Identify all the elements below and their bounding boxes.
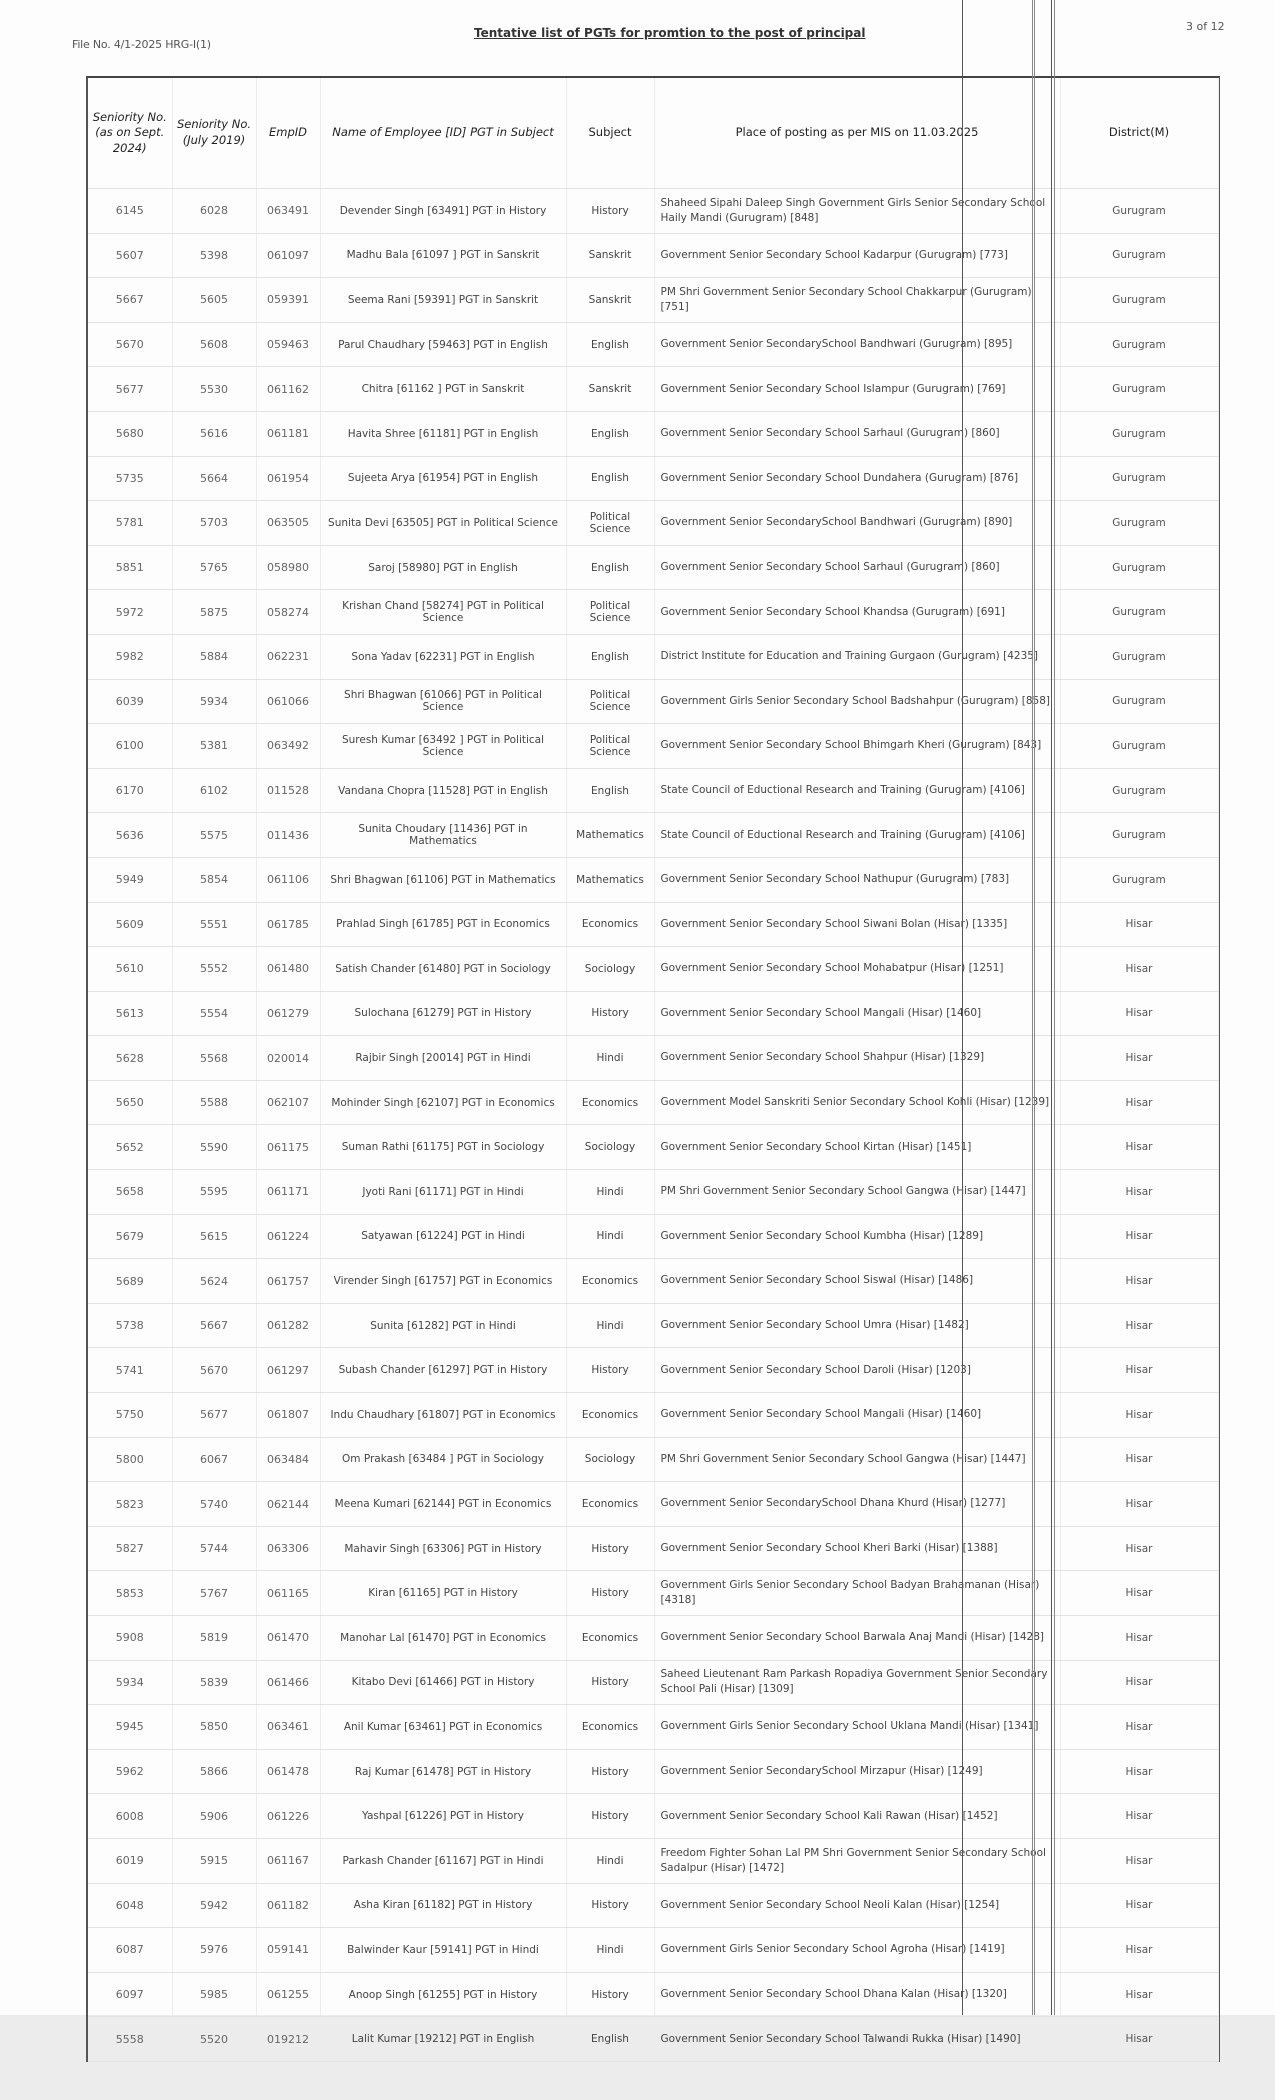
cell-subject: English [566, 411, 654, 456]
cell-employee-name: Virender Singh [61757] PGT in Economics [320, 1259, 566, 1304]
cell-subject: English [566, 545, 654, 590]
cell-employee-name: Kitabo Devi [61466] PGT in History [320, 1660, 566, 1705]
cell-district: Hisar [1060, 1348, 1218, 1393]
cell-seniority-2024: 5680 [88, 411, 172, 456]
cell-employee-name: Devender Singh [63491] PGT in History [320, 189, 566, 234]
cell-seniority-2024: 5945 [88, 1705, 172, 1750]
cell-empid: 061785 [256, 902, 320, 947]
table-row: 59345839061466Kitabo Devi [61466] PGT in… [88, 1660, 1218, 1705]
table-row: 57385667061282Sunita [61282] PGT in Hind… [88, 1303, 1218, 1348]
table-row: 56135554061279Sulochana [61279] PGT in H… [88, 991, 1218, 1036]
cell-empid: 061097 [256, 233, 320, 278]
cell-place-of-posting: Government Girls Senior Secondary School… [654, 1705, 1060, 1750]
cell-seniority-2024: 6019 [88, 1838, 172, 1883]
cell-subject: Economics [566, 1705, 654, 1750]
cell-empid: 063484 [256, 1437, 320, 1482]
cell-seniority-2019: 5530 [172, 367, 256, 412]
cell-employee-name: Kiran [61165] PGT in History [320, 1571, 566, 1616]
cell-seniority-2024: 5650 [88, 1080, 172, 1125]
cell-district: Gurugram [1060, 367, 1218, 412]
cell-subject: History [566, 1526, 654, 1571]
scan-artifact-line [1051, 0, 1052, 2015]
cell-subject: Sociology [566, 947, 654, 992]
table-row: 56285568020014Rajbir Singh [20014] PGT i… [88, 1036, 1218, 1081]
cell-subject: Sociology [566, 1437, 654, 1482]
cell-seniority-2019: 5703 [172, 501, 256, 546]
cell-seniority-2024: 6039 [88, 679, 172, 724]
cell-place-of-posting: Government Girls Senior Secondary School… [654, 679, 1060, 724]
cell-subject: History [566, 1348, 654, 1393]
col-header-seniority-2019: Seniority No. (July 2019) [172, 78, 256, 189]
cell-place-of-posting: Freedom Fighter Sohan Lal PM Shri Govern… [654, 1838, 1060, 1883]
cell-empid: 061171 [256, 1170, 320, 1215]
cell-seniority-2024: 5934 [88, 1660, 172, 1705]
cell-place-of-posting: Shaheed Sipahi Daleep Singh Government G… [654, 189, 1060, 234]
cell-seniority-2024: 5689 [88, 1259, 172, 1304]
cell-employee-name: Om Prakash [63484 ] PGT in Sociology [320, 1437, 566, 1482]
cell-district: Hisar [1060, 1616, 1218, 1661]
cell-place-of-posting: Government Senior Secondary School Bhimg… [654, 724, 1060, 769]
cell-place-of-posting: Government Senior Secondary School Shahp… [654, 1036, 1060, 1081]
cell-seniority-2024: 6048 [88, 1883, 172, 1928]
cell-subject: Economics [566, 1259, 654, 1304]
cell-subject: Economics [566, 1616, 654, 1661]
cell-subject: History [566, 1883, 654, 1928]
cell-empid: 061282 [256, 1303, 320, 1348]
col-header-place-of-posting: Place of posting as per MIS on 11.03.202… [654, 78, 1060, 189]
cell-place-of-posting: State Council of Eductional Research and… [654, 813, 1060, 858]
cell-employee-name: Balwinder Kaur [59141] PGT in Hindi [320, 1928, 566, 1973]
cell-seniority-2019: 5884 [172, 634, 256, 679]
cell-seniority-2019: 6028 [172, 189, 256, 234]
table-row: 61706102011528Vandana Chopra [11528] PGT… [88, 768, 1218, 813]
cell-empid: 061167 [256, 1838, 320, 1883]
cell-seniority-2024: 5781 [88, 501, 172, 546]
cell-seniority-2019: 5551 [172, 902, 256, 947]
cell-empid: 019212 [256, 2017, 320, 2062]
cell-subject: History [566, 1794, 654, 1839]
cell-employee-name: Satish Chander [61480] PGT in Sociology [320, 947, 566, 992]
cell-seniority-2024: 5679 [88, 1214, 172, 1259]
cell-subject: Mathematics [566, 813, 654, 858]
table-row: 56775530061162Chitra [61162 ] PGT in San… [88, 367, 1218, 412]
cell-empid: 059391 [256, 278, 320, 323]
cell-seniority-2019: 5588 [172, 1080, 256, 1125]
col-header-name: Name of Employee [ID] PGT in Subject [320, 78, 566, 189]
cell-seniority-2024: 5741 [88, 1348, 172, 1393]
cell-seniority-2019: 5624 [172, 1259, 256, 1304]
cell-seniority-2024: 5738 [88, 1303, 172, 1348]
cell-employee-name: Krishan Chand [58274] PGT in Political S… [320, 590, 566, 635]
cell-seniority-2024: 5628 [88, 1036, 172, 1081]
document-title: Tentative list of PGTs for promtion to t… [474, 26, 865, 40]
cell-employee-name: Lalit Kumar [19212] PGT in English [320, 2017, 566, 2062]
cell-empid: 061175 [256, 1125, 320, 1170]
cell-empid: 011528 [256, 768, 320, 813]
cell-employee-name: Vandana Chopra [11528] PGT in English [320, 768, 566, 813]
cell-district: Hisar [1060, 1972, 1218, 2017]
cell-subject: Economics [566, 902, 654, 947]
cell-seniority-2019: 5985 [172, 1972, 256, 2017]
table-row: 56505588062107Mohinder Singh [62107] PGT… [88, 1080, 1218, 1125]
cell-district: Hisar [1060, 1303, 1218, 1348]
cell-subject: Hindi [566, 1170, 654, 1215]
cell-employee-name: Sunita Devi [63505] PGT in Political Sci… [320, 501, 566, 546]
cell-subject: Economics [566, 1482, 654, 1527]
cell-seniority-2019: 5906 [172, 1794, 256, 1839]
cell-empid: 061066 [256, 679, 320, 724]
cell-seniority-2019: 5866 [172, 1749, 256, 1794]
cell-seniority-2019: 5740 [172, 1482, 256, 1527]
cell-seniority-2019: 5765 [172, 545, 256, 590]
cell-employee-name: Sulochana [61279] PGT in History [320, 991, 566, 1036]
cell-place-of-posting: Government Senior Secondary School Neoli… [654, 1883, 1060, 1928]
cell-place-of-posting: Government Senior SecondarySchool Mirzap… [654, 1749, 1060, 1794]
table-row: 56795615061224Satyawan [61224] PGT in Hi… [88, 1214, 1218, 1259]
promotion-table: Seniority No. (as on Sept. 2024) Seniori… [88, 78, 1219, 2062]
page-number: 3 of 12 [1186, 20, 1225, 33]
cell-district: Hisar [1060, 991, 1218, 1036]
cell-seniority-2024: 5851 [88, 545, 172, 590]
table-row: 60975985061255Anoop Singh [61255] PGT in… [88, 1972, 1218, 2017]
cell-seniority-2019: 5615 [172, 1214, 256, 1259]
cell-subject: English [566, 456, 654, 501]
cell-district: Hisar [1060, 947, 1218, 992]
cell-employee-name: Yashpal [61226] PGT in History [320, 1794, 566, 1839]
file-number: File No. 4/1-2025 HRG-I(1) [72, 38, 211, 51]
cell-empid: 020014 [256, 1036, 320, 1081]
table-row: 56525590061175Suman Rathi [61175] PGT in… [88, 1125, 1218, 1170]
table-body: 61456028063491Devender Singh [63491] PGT… [88, 189, 1218, 2062]
cell-empid: 063491 [256, 189, 320, 234]
cell-seniority-2019: 5667 [172, 1303, 256, 1348]
cell-district: Gurugram [1060, 189, 1218, 234]
table-row: 61005381063492Suresh Kumar [63492 ] PGT … [88, 724, 1218, 769]
cell-place-of-posting: Government Model Sanskriti Senior Second… [654, 1080, 1060, 1125]
cell-district: Gurugram [1060, 501, 1218, 546]
promotion-table-container: Seniority No. (as on Sept. 2024) Seniori… [86, 76, 1220, 2062]
table-row: 58515765058980Saroj [58980] PGT in Engli… [88, 545, 1218, 590]
cell-district: Hisar [1060, 2017, 1218, 2062]
table-row: 59085819061470Manohar Lal [61470] PGT in… [88, 1616, 1218, 1661]
cell-empid: 061807 [256, 1393, 320, 1438]
cell-seniority-2019: 5554 [172, 991, 256, 1036]
cell-district: Hisar [1060, 1928, 1218, 1973]
table-row: 60195915061167Parkash Chander [61167] PG… [88, 1838, 1218, 1883]
cell-employee-name: Suresh Kumar [63492 ] PGT in Political S… [320, 724, 566, 769]
cell-place-of-posting: PM Shri Government Senior Secondary Scho… [654, 278, 1060, 323]
cell-employee-name: Shri Bhagwan [61106] PGT in Mathematics [320, 857, 566, 902]
table-row: 60085906061226Yashpal [61226] PGT in His… [88, 1794, 1218, 1839]
cell-seniority-2019: 5915 [172, 1838, 256, 1883]
cell-subject: Sanskrit [566, 278, 654, 323]
cell-seniority-2019: 5875 [172, 590, 256, 635]
col-header-district: District(M) [1060, 78, 1218, 189]
cell-seniority-2019: 5670 [172, 1348, 256, 1393]
cell-seniority-2024: 5982 [88, 634, 172, 679]
cell-place-of-posting: District Institute for Education and Tra… [654, 634, 1060, 679]
cell-seniority-2024: 5558 [88, 2017, 172, 2062]
cell-seniority-2019: 5854 [172, 857, 256, 902]
table-row: 60485942061182Asha Kiran [61182] PGT in … [88, 1883, 1218, 1928]
cell-place-of-posting: PM Shri Government Senior Secondary Scho… [654, 1437, 1060, 1482]
cell-district: Hisar [1060, 1883, 1218, 1928]
cell-seniority-2019: 5934 [172, 679, 256, 724]
cell-seniority-2019: 5595 [172, 1170, 256, 1215]
cell-employee-name: Jyoti Rani [61171] PGT in Hindi [320, 1170, 566, 1215]
cell-employee-name: Sunita Choudary [11436] PGT in Mathemati… [320, 813, 566, 858]
table-row: 58535767061165Kiran [61165] PGT in Histo… [88, 1571, 1218, 1616]
cell-district: Hisar [1060, 1482, 1218, 1527]
cell-seniority-2024: 5658 [88, 1170, 172, 1215]
table-row: 57415670061297Subash Chander [61297] PGT… [88, 1348, 1218, 1393]
table-row: 61456028063491Devender Singh [63491] PGT… [88, 189, 1218, 234]
cell-employee-name: Mahavir Singh [63306] PGT in History [320, 1526, 566, 1571]
cell-place-of-posting: Government Senior Secondary School Kali … [654, 1794, 1060, 1839]
table-row: 59495854061106Shri Bhagwan [61106] PGT i… [88, 857, 1218, 902]
cell-empid: 061757 [256, 1259, 320, 1304]
cell-place-of-posting: Government Senior Secondary School Manga… [654, 991, 1060, 1036]
cell-empid: 061226 [256, 1794, 320, 1839]
table-row: 56095551061785Prahlad Singh [61785] PGT … [88, 902, 1218, 947]
cell-subject: History [566, 1571, 654, 1616]
cell-seniority-2024: 5827 [88, 1526, 172, 1571]
cell-district: Gurugram [1060, 456, 1218, 501]
cell-seniority-2019: 5839 [172, 1660, 256, 1705]
cell-seniority-2024: 5670 [88, 322, 172, 367]
cell-seniority-2019: 5398 [172, 233, 256, 278]
cell-subject: History [566, 1972, 654, 2017]
table-row: 60395934061066Shri Bhagwan [61066] PGT i… [88, 679, 1218, 724]
cell-empid: 062231 [256, 634, 320, 679]
cell-district: Hisar [1060, 1838, 1218, 1883]
col-header-seniority-2024: Seniority No. (as on Sept. 2024) [88, 78, 172, 189]
cell-employee-name: Prahlad Singh [61785] PGT in Economics [320, 902, 566, 947]
cell-place-of-posting: Government Senior Secondary School Kirta… [654, 1125, 1060, 1170]
cell-district: Gurugram [1060, 724, 1218, 769]
cell-place-of-posting: Government Girls Senior Secondary School… [654, 1571, 1060, 1616]
cell-seniority-2019: 5605 [172, 278, 256, 323]
cell-place-of-posting: Government Senior SecondarySchool Bandhw… [654, 501, 1060, 546]
cell-place-of-posting: Saheed Lieutenant Ram Parkash Ropadiya G… [654, 1660, 1060, 1705]
cell-empid: 061297 [256, 1348, 320, 1393]
scan-artifact-line [1032, 0, 1033, 2015]
cell-seniority-2024: 5636 [88, 813, 172, 858]
cell-district: Hisar [1060, 1170, 1218, 1215]
table-row: 56895624061757Virender Singh [61757] PGT… [88, 1259, 1218, 1304]
table-row: 59455850063461Anil Kumar [63461] PGT in … [88, 1705, 1218, 1750]
cell-district: Gurugram [1060, 322, 1218, 367]
cell-employee-name: Sona Yadav [62231] PGT in English [320, 634, 566, 679]
table-row: 55585520019212Lalit Kumar [19212] PGT in… [88, 2017, 1218, 2062]
cell-place-of-posting: Government Senior Secondary School Kumbh… [654, 1214, 1060, 1259]
cell-seniority-2024: 5610 [88, 947, 172, 992]
cell-seniority-2019: 5976 [172, 1928, 256, 1973]
cell-place-of-posting: Government Senior Secondary School Kheri… [654, 1526, 1060, 1571]
cell-seniority-2024: 5972 [88, 590, 172, 635]
cell-subject: Hindi [566, 1838, 654, 1883]
cell-seniority-2024: 6100 [88, 724, 172, 769]
cell-employee-name: Meena Kumari [62144] PGT in Economics [320, 1482, 566, 1527]
cell-seniority-2024: 5607 [88, 233, 172, 278]
table-row: 59825884062231Sona Yadav [62231] PGT in … [88, 634, 1218, 679]
cell-subject: Sanskrit [566, 367, 654, 412]
cell-district: Hisar [1060, 1259, 1218, 1304]
cell-employee-name: Madhu Bala [61097 ] PGT in Sanskrit [320, 233, 566, 278]
cell-place-of-posting: Government Senior Secondary School Mohab… [654, 947, 1060, 992]
table-row: 59725875058274Krishan Chand [58274] PGT … [88, 590, 1218, 635]
cell-seniority-2019: 5568 [172, 1036, 256, 1081]
cell-seniority-2019: 5608 [172, 322, 256, 367]
cell-subject: Mathematics [566, 857, 654, 902]
cell-district: Gurugram [1060, 813, 1218, 858]
cell-subject: Political Science [566, 590, 654, 635]
cell-seniority-2019: 5381 [172, 724, 256, 769]
cell-seniority-2024: 5735 [88, 456, 172, 501]
cell-empid: 063492 [256, 724, 320, 769]
cell-employee-name: Satyawan [61224] PGT in Hindi [320, 1214, 566, 1259]
cell-place-of-posting: Government Senior SecondarySchool Bandhw… [654, 322, 1060, 367]
cell-subject: English [566, 634, 654, 679]
cell-empid: 061181 [256, 411, 320, 456]
cell-place-of-posting: Government Senior Secondary School Islam… [654, 367, 1060, 412]
cell-empid: 061255 [256, 1972, 320, 2017]
cell-empid: 059463 [256, 322, 320, 367]
cell-district: Gurugram [1060, 634, 1218, 679]
cell-seniority-2024: 5962 [88, 1749, 172, 1794]
cell-place-of-posting: Government Senior Secondary School Kadar… [654, 233, 1060, 278]
cell-empid: 061478 [256, 1749, 320, 1794]
cell-place-of-posting: Government Senior Secondary School Dhana… [654, 1972, 1060, 2017]
table-row: 59625866061478Raj Kumar [61478] PGT in H… [88, 1749, 1218, 1794]
cell-seniority-2024: 6170 [88, 768, 172, 813]
cell-empid: 058274 [256, 590, 320, 635]
cell-seniority-2024: 5613 [88, 991, 172, 1036]
cell-subject: Sanskrit [566, 233, 654, 278]
cell-empid: 061165 [256, 1571, 320, 1616]
cell-subject: Economics [566, 1393, 654, 1438]
cell-empid: 061106 [256, 857, 320, 902]
cell-seniority-2019: 6102 [172, 768, 256, 813]
cell-empid: 061279 [256, 991, 320, 1036]
cell-seniority-2024: 5823 [88, 1482, 172, 1527]
table-row: 57815703063505Sunita Devi [63505] PGT in… [88, 501, 1218, 546]
cell-seniority-2024: 5652 [88, 1125, 172, 1170]
cell-seniority-2024: 5677 [88, 367, 172, 412]
cell-employee-name: Shri Bhagwan [61066] PGT in Political Sc… [320, 679, 566, 724]
cell-district: Gurugram [1060, 545, 1218, 590]
table-row: 56105552061480Satish Chander [61480] PGT… [88, 947, 1218, 992]
cell-seniority-2019: 5590 [172, 1125, 256, 1170]
cell-subject: Hindi [566, 1214, 654, 1259]
cell-employee-name: Sunita [61282] PGT in Hindi [320, 1303, 566, 1348]
table-row: 57355664061954Sujeeta Arya [61954] PGT i… [88, 456, 1218, 501]
cell-place-of-posting: Government Senior Secondary School Sarha… [654, 411, 1060, 456]
cell-district: Hisar [1060, 1080, 1218, 1125]
cell-seniority-2019: 5575 [172, 813, 256, 858]
cell-seniority-2024: 6087 [88, 1928, 172, 1973]
cell-employee-name: Chitra [61162 ] PGT in Sanskrit [320, 367, 566, 412]
cell-subject: Hindi [566, 1036, 654, 1081]
cell-subject: English [566, 768, 654, 813]
cell-subject: English [566, 2017, 654, 2062]
cell-place-of-posting: Government Senior SecondarySchool Dhana … [654, 1482, 1060, 1527]
cell-place-of-posting: Government Senior Secondary School Talwa… [654, 2017, 1060, 2062]
cell-place-of-posting: Government Senior Secondary School Nathu… [654, 857, 1060, 902]
cell-district: Hisar [1060, 1705, 1218, 1750]
cell-subject: Hindi [566, 1303, 654, 1348]
cell-empid: 062107 [256, 1080, 320, 1125]
cell-employee-name: Seema Rani [59391] PGT in Sanskrit [320, 278, 566, 323]
cell-place-of-posting: PM Shri Government Senior Secondary Scho… [654, 1170, 1060, 1215]
table-row: 58275744063306Mahavir Singh [63306] PGT … [88, 1526, 1218, 1571]
cell-place-of-posting: State Council of Eductional Research and… [654, 768, 1060, 813]
cell-district: Gurugram [1060, 411, 1218, 456]
cell-empid: 059141 [256, 1928, 320, 1973]
table-row: 56805616061181Havita Shree [61181] PGT i… [88, 411, 1218, 456]
table-header-row: Seniority No. (as on Sept. 2024) Seniori… [88, 78, 1218, 189]
cell-place-of-posting: Government Senior Secondary School Khand… [654, 590, 1060, 635]
cell-empid: 061470 [256, 1616, 320, 1661]
cell-employee-name: Parul Chaudhary [59463] PGT in English [320, 322, 566, 367]
cell-place-of-posting: Government Senior Secondary School Siswa… [654, 1259, 1060, 1304]
cell-district: Gurugram [1060, 857, 1218, 902]
cell-employee-name: Havita Shree [61181] PGT in English [320, 411, 566, 456]
cell-place-of-posting: Government Senior Secondary School Manga… [654, 1393, 1060, 1438]
cell-place-of-posting: Government Senior Secondary School Darol… [654, 1348, 1060, 1393]
cell-empid: 061182 [256, 1883, 320, 1928]
cell-subject: Economics [566, 1080, 654, 1125]
cell-district: Hisar [1060, 1125, 1218, 1170]
cell-district: Gurugram [1060, 278, 1218, 323]
cell-employee-name: Asha Kiran [61182] PGT in History [320, 1883, 566, 1928]
cell-subject: English [566, 322, 654, 367]
scan-artifact-line [1054, 0, 1055, 2015]
cell-district: Hisar [1060, 1749, 1218, 1794]
cell-employee-name: Sujeeta Arya [61954] PGT in English [320, 456, 566, 501]
cell-district: Hisar [1060, 1660, 1218, 1705]
cell-district: Gurugram [1060, 768, 1218, 813]
cell-seniority-2024: 5908 [88, 1616, 172, 1661]
cell-empid: 063306 [256, 1526, 320, 1571]
cell-empid: 063505 [256, 501, 320, 546]
document-page: File No. 4/1-2025 HRG-I(1) Tentative lis… [0, 0, 1275, 2015]
scan-artifact-line [962, 0, 963, 2015]
cell-empid: 061954 [256, 456, 320, 501]
cell-seniority-2019: 5664 [172, 456, 256, 501]
cell-empid: 011436 [256, 813, 320, 858]
cell-subject: History [566, 1660, 654, 1705]
cell-seniority-2019: 5552 [172, 947, 256, 992]
cell-employee-name: Indu Chaudhary [61807] PGT in Economics [320, 1393, 566, 1438]
cell-district: Gurugram [1060, 679, 1218, 724]
cell-employee-name: Anil Kumar [63461] PGT in Economics [320, 1705, 566, 1750]
cell-district: Hisar [1060, 1437, 1218, 1482]
cell-subject: Hindi [566, 1928, 654, 1973]
cell-district: Hisar [1060, 1571, 1218, 1616]
table-row: 56675605059391Seema Rani [59391] PGT in … [88, 278, 1218, 323]
cell-empid: 061224 [256, 1214, 320, 1259]
table-row: 58006067063484Om Prakash [63484 ] PGT in… [88, 1437, 1218, 1482]
cell-seniority-2024: 6008 [88, 1794, 172, 1839]
cell-district: Hisar [1060, 902, 1218, 947]
cell-place-of-posting: Government Senior Secondary School Barwa… [654, 1616, 1060, 1661]
cell-employee-name: Suman Rathi [61175] PGT in Sociology [320, 1125, 566, 1170]
cell-district: Hisar [1060, 1036, 1218, 1081]
cell-district: Hisar [1060, 1794, 1218, 1839]
cell-subject: Political Science [566, 679, 654, 724]
cell-empid: 061480 [256, 947, 320, 992]
